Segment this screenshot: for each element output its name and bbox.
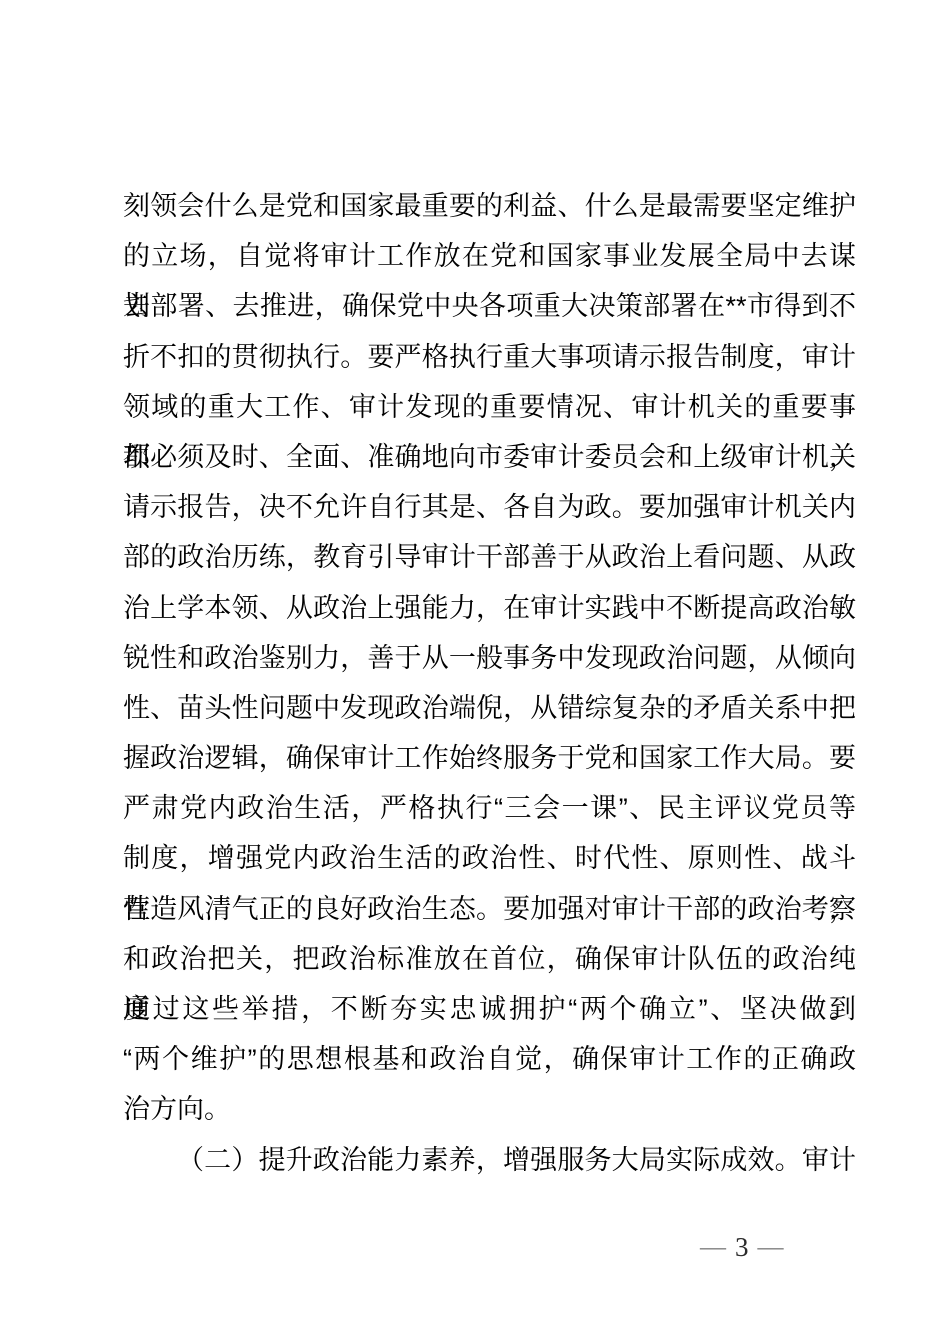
text-line: 和政治把关，把政治标准放在首位，确保审计队伍的政治纯度。	[123, 934, 856, 984]
footer-dash-left: —	[700, 1232, 726, 1261]
text-line: “两个维护”的思想根基和政治自觉，确保审计工作的正确政	[123, 1034, 856, 1084]
text-line: 的立场，自觉将审计工作放在党和国家事业发展全局中去谋划、	[123, 231, 856, 281]
document-body: 刻领会什么是党和国家最重要的利益、什么是最需要坚定维护的立场，自觉将审计工作放在…	[123, 181, 856, 1185]
text-line: 锐性和政治鉴别力，善于从一般事务中发现政治问题，从倾向	[123, 633, 856, 683]
text-line: 去部署、去推进，确保党中央各项重大决策部署在**市得到不	[123, 281, 856, 331]
page-footer: —3—	[700, 1230, 784, 1264]
text-line: 治方向。	[123, 1084, 856, 1134]
section-heading: （二）提升政治能力素养，增强服务大局实际成效。审计	[123, 1135, 856, 1185]
text-line: 领域的重大工作、审计发现的重要情况、审计机关的重要事项，	[123, 382, 856, 432]
paragraph-continuation: 刻领会什么是党和国家最重要的利益、什么是最需要坚定维护的立场，自觉将审计工作放在…	[123, 181, 856, 1135]
text-line: 治上学本领、从政治上强能力，在审计实践中不断提高政治敏	[123, 583, 856, 633]
text-line: 刻领会什么是党和国家最重要的利益、什么是最需要坚定维护	[123, 181, 856, 231]
text-line: 部的政治历练，教育引导审计干部善于从政治上看问题、从政	[123, 532, 856, 582]
text-line: 营造风清气正的良好政治生态。要加强对审计干部的政治考察	[123, 884, 856, 934]
text-line: 握政治逻辑，确保审计工作始终服务于党和国家工作大局。要	[123, 733, 856, 783]
text-line: 折不扣的贯彻执行。要严格执行重大事项请示报告制度，审计	[123, 332, 856, 382]
text-line: 严肃党内政治生活，严格执行“三会一课”、民主评议党员等	[123, 783, 856, 833]
page-number: 3	[735, 1232, 749, 1262]
text-line: 制度，增强党内政治生活的政治性、时代性、原则性、战斗性，	[123, 833, 856, 883]
text-line: 通过这些举措，不断夯实忠诚拥护“两个确立”、坚决做到	[123, 984, 856, 1034]
text-line: 请示报告，决不允许自行其是、各自为政。要加强审计机关内	[123, 482, 856, 532]
document-page: 刻领会什么是党和国家最重要的利益、什么是最需要坚定维护的立场，自觉将审计工作放在…	[0, 0, 950, 1344]
text-line: 都必须及时、全面、准确地向市委审计委员会和上级审计机关	[123, 432, 856, 482]
footer-dash-right: —	[758, 1232, 784, 1261]
text-line: 性、苗头性问题中发现政治端倪，从错综复杂的矛盾关系中把	[123, 683, 856, 733]
